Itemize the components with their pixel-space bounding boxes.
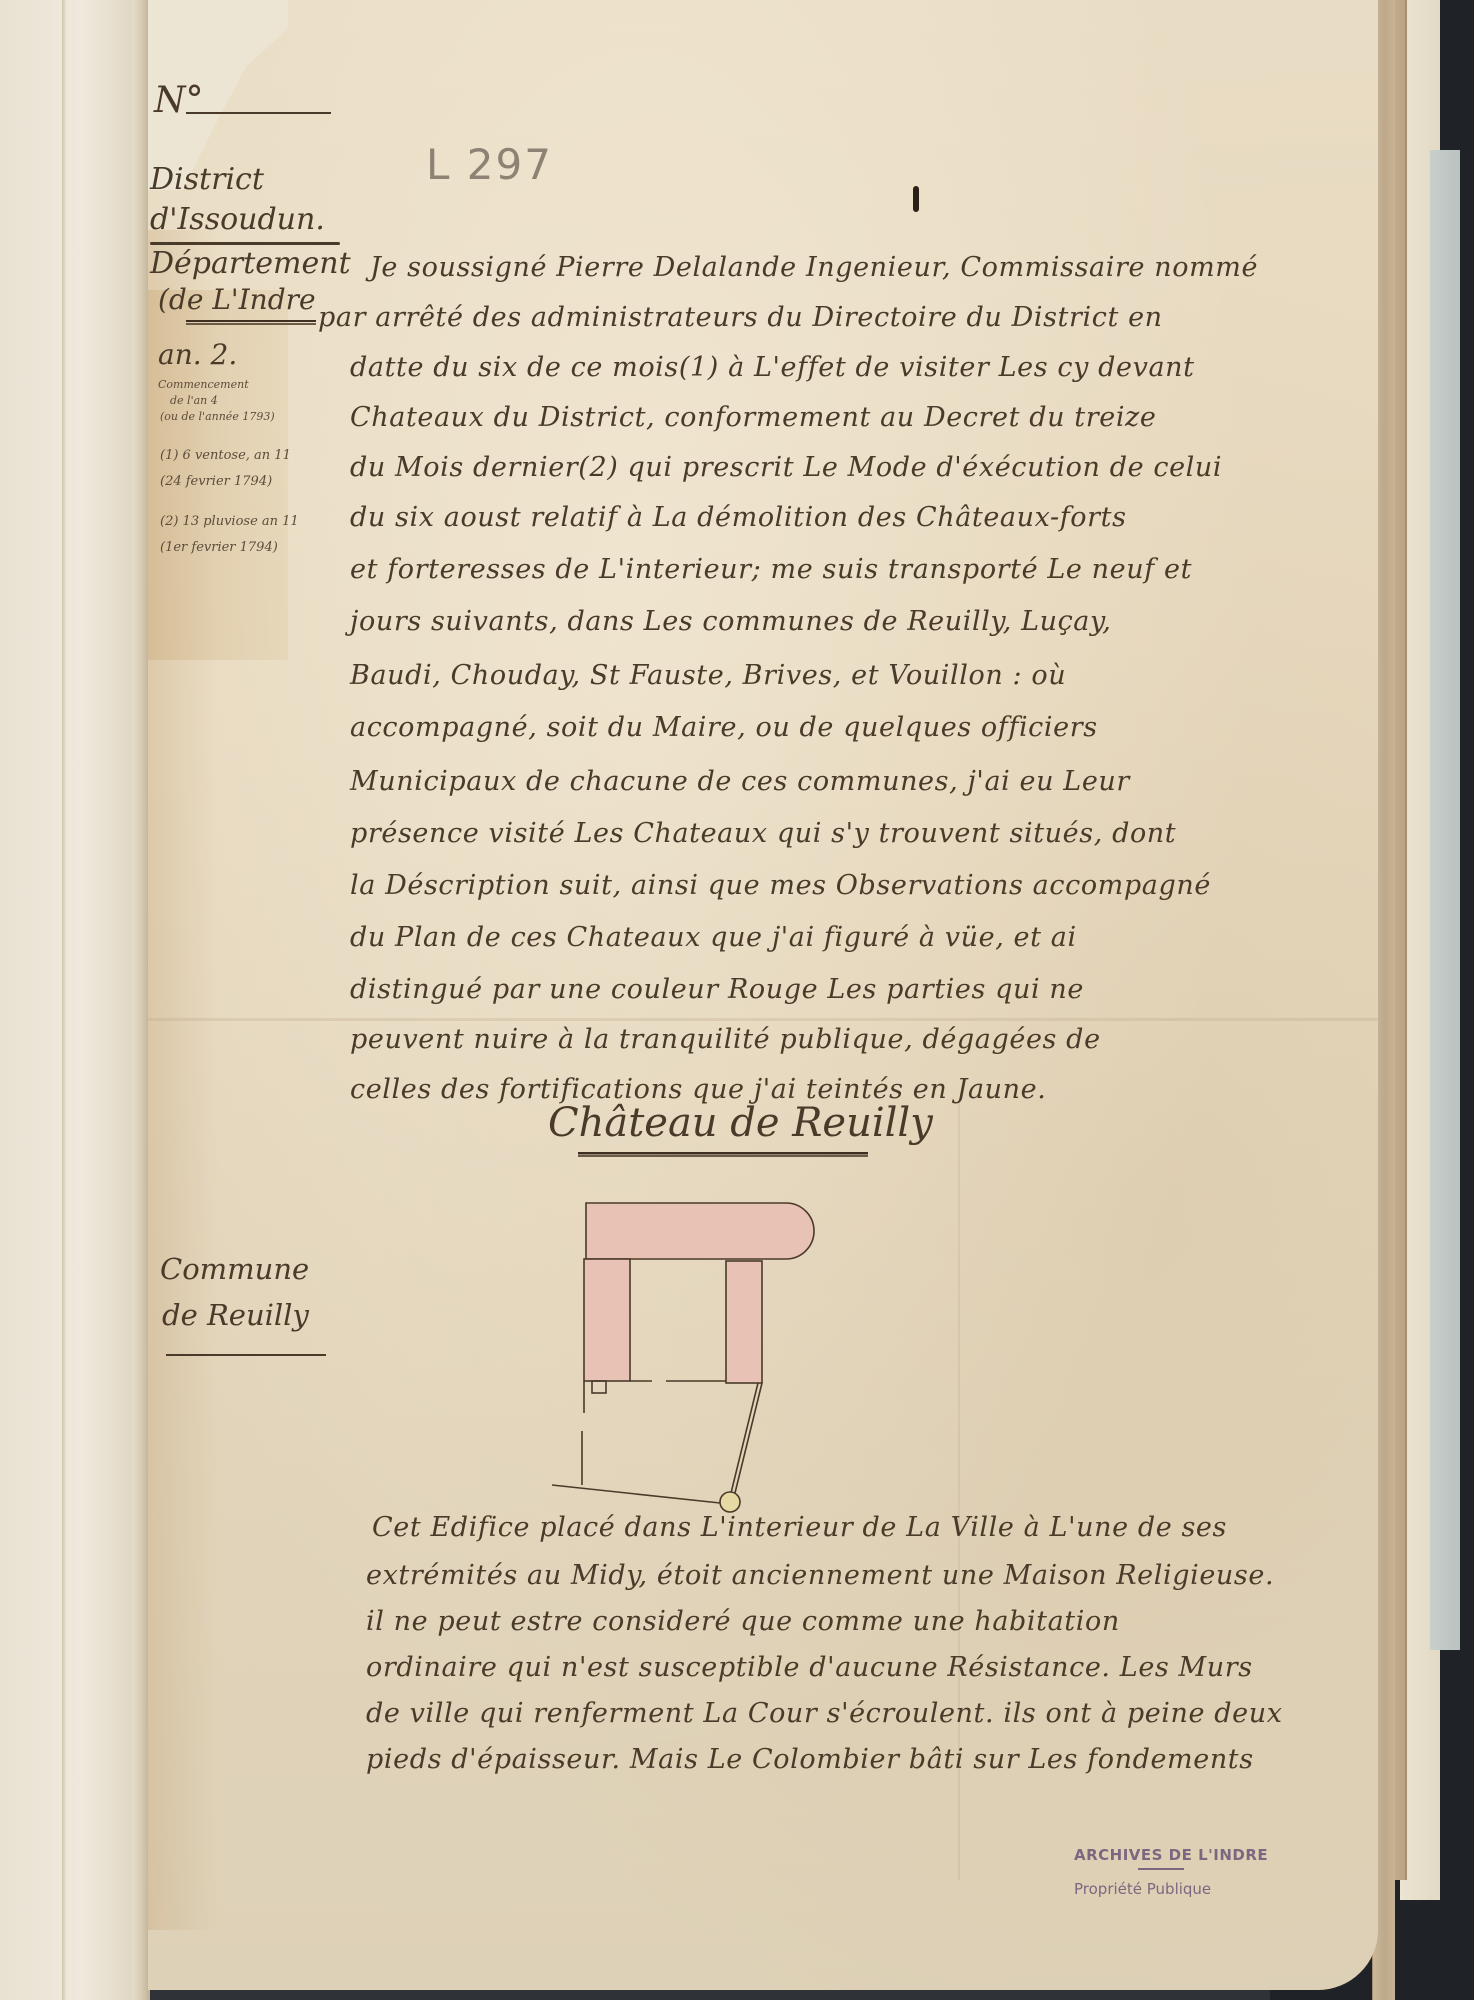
ink-blot bbox=[913, 186, 919, 212]
archive-reference-pencil: L 297 bbox=[426, 140, 553, 189]
stamp-property-line: Propriété Publique bbox=[1074, 1880, 1268, 1898]
number-underline bbox=[186, 112, 331, 114]
margin-note: Commencement bbox=[158, 378, 249, 391]
archive-stamp: ARCHIVES DE L'INDRE Propriété Publique bbox=[1074, 1846, 1268, 1898]
description-line: Cet Edifice placé dans L'interieur de La… bbox=[372, 1512, 1227, 1543]
section-title-underline bbox=[578, 1152, 868, 1157]
departement-label: Département bbox=[150, 246, 351, 281]
body-line: distingué par une couleur Rouge Les part… bbox=[350, 974, 1084, 1005]
body-line: Je soussigné Pierre Delalande Ingenieur,… bbox=[370, 252, 1258, 283]
margin-note: de l'an 4 bbox=[170, 394, 218, 407]
commune-underline bbox=[166, 1354, 326, 1356]
description-line: de ville qui renferment La Cour s'écroul… bbox=[366, 1698, 1283, 1729]
body-line: par arrêté des administrateurs du Direct… bbox=[318, 302, 1163, 333]
departement-name: (de L'Indre bbox=[158, 283, 316, 316]
facing-page-left bbox=[0, 0, 150, 2000]
year-label: an. 2. bbox=[158, 338, 237, 371]
margin-note: (ou de l'année 1793) bbox=[160, 410, 275, 423]
body-line: peuvent nuire à la tranquilité publique,… bbox=[350, 1024, 1101, 1055]
body-line: du six aoust relatif à La démolition des… bbox=[350, 502, 1127, 533]
description-line: pieds d'épaisseur. Mais Le Colombier bât… bbox=[366, 1744, 1254, 1775]
number-label: N° bbox=[154, 80, 204, 121]
stamp-archives-line: ARCHIVES DE L'INDRE bbox=[1074, 1846, 1268, 1864]
body-line: jours suivants, dans Les communes de Reu… bbox=[350, 606, 1111, 637]
stamp-divider bbox=[1138, 1868, 1184, 1870]
body-line: datte du six de ce mois(1) à L'effet de … bbox=[350, 352, 1195, 383]
page-edge bbox=[62, 0, 66, 2000]
description-line: extrémités au Midy, étoit anciennement u… bbox=[366, 1560, 1274, 1591]
body-line: Municipaux de chacune de ces communes, j… bbox=[350, 766, 1130, 797]
underlying-sheet-blue bbox=[1430, 150, 1460, 1650]
commune-name: de Reuilly bbox=[162, 1298, 309, 1332]
body-line: et forteresses de L'interieur; me suis t… bbox=[350, 554, 1192, 585]
margin-note: (1er fevrier 1794) bbox=[160, 540, 278, 555]
margin-note: (24 fevrier 1794) bbox=[160, 474, 272, 489]
body-line: Baudi, Chouday, St Fauste, Brives, et Vo… bbox=[350, 660, 1066, 691]
district-name: d'Issoudun. bbox=[150, 202, 325, 237]
margin-note: (2) 13 pluviose an 11 bbox=[160, 514, 299, 529]
description-line: il ne peut estre consideré que comme une… bbox=[366, 1606, 1120, 1637]
section-title: Château de Reuilly bbox=[548, 1100, 933, 1146]
departement-underline bbox=[186, 320, 316, 325]
description-line: ordinaire qui n'est susceptible d'aucune… bbox=[366, 1652, 1253, 1683]
body-line: du Plan de ces Chateaux que j'ai figuré … bbox=[350, 922, 1077, 953]
body-line: présence visité Les Chateaux qui s'y tro… bbox=[350, 818, 1176, 849]
district-label: District bbox=[150, 162, 264, 197]
body-line: du Mois dernier(2) qui prescrit Le Mode … bbox=[350, 452, 1222, 483]
body-line: la Déscription suit, ainsi que mes Obser… bbox=[350, 870, 1211, 901]
paper-fold bbox=[148, 1018, 1378, 1021]
commune-label: Commune bbox=[160, 1252, 309, 1286]
body-line: Chateaux du District, conformement au De… bbox=[350, 402, 1156, 433]
district-brace bbox=[150, 242, 340, 245]
chateau-floor-plan bbox=[540, 1195, 840, 1545]
body-line: accompagné, soit du Maire, ou de quelque… bbox=[350, 712, 1098, 743]
margin-note: (1) 6 ventose, an 11 bbox=[160, 448, 291, 463]
